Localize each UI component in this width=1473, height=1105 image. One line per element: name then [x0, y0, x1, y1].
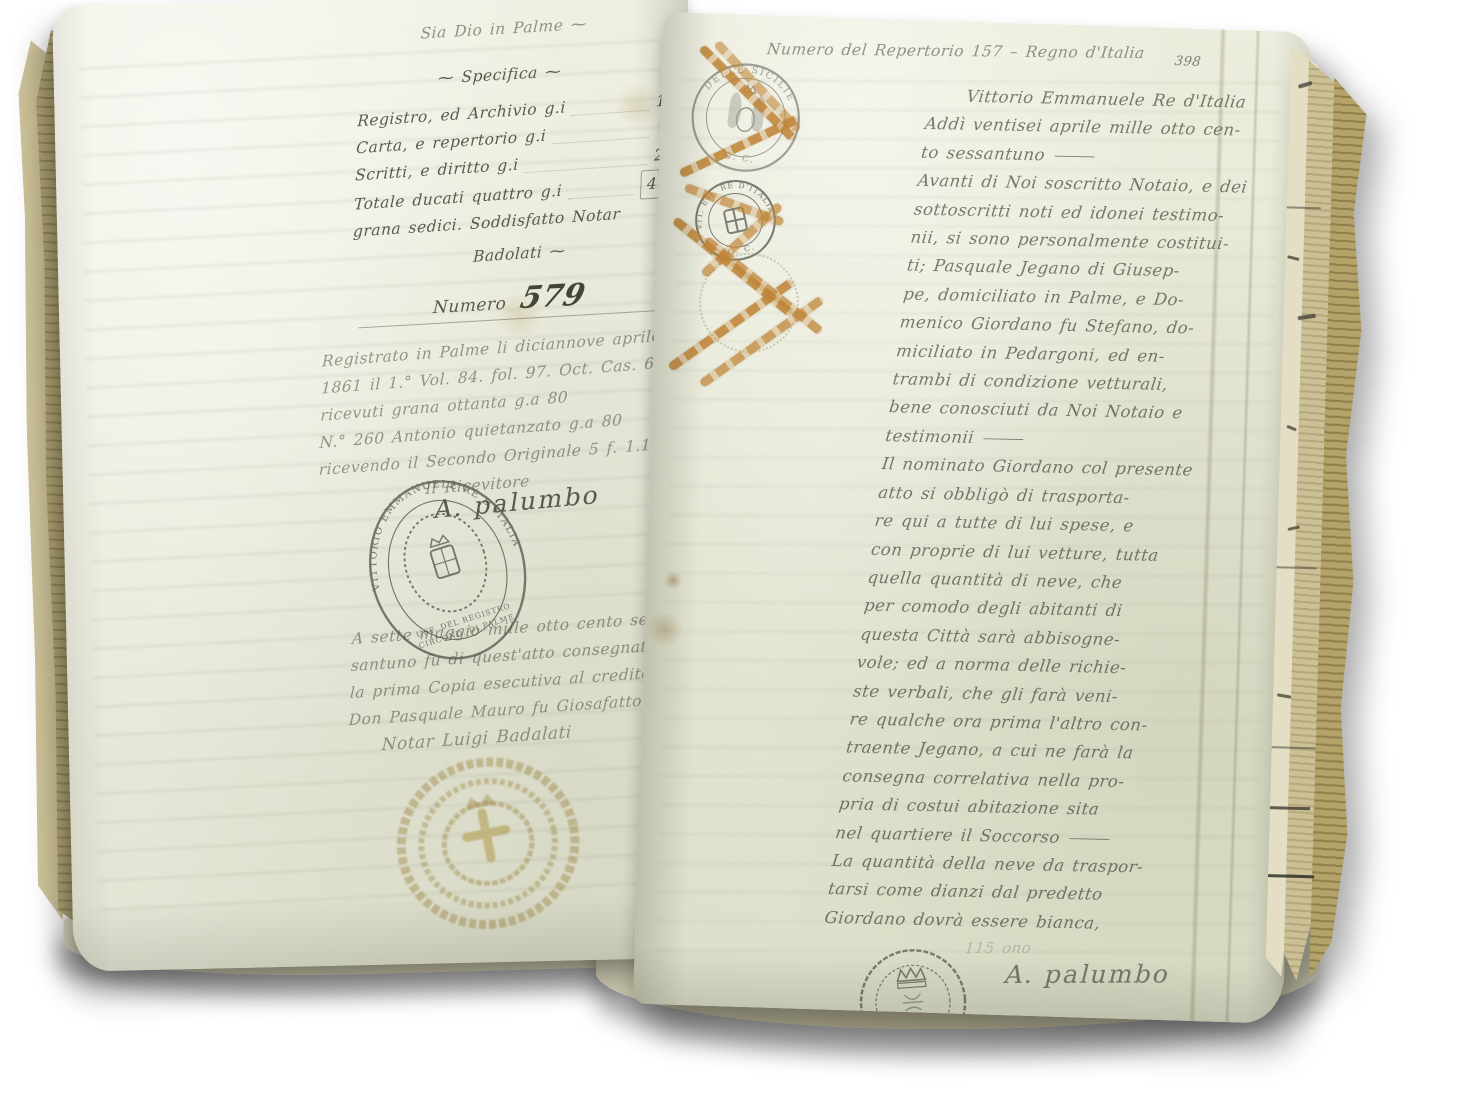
olive-embossed-stamp — [378, 737, 599, 949]
paper-stain — [644, 612, 685, 647]
repertorio-heading: Numero del Repertorio 157 – Regno d'Ital… — [765, 36, 1238, 68]
numero-value: 579 — [517, 277, 589, 316]
folio-number: 398 — [1174, 54, 1202, 70]
place-heading: Sia Dio in Palme ⁓ — [338, 6, 669, 52]
cancel-x-marks — [653, 226, 837, 372]
manuscript-book: Sia Dio in Palme ⁓ ⁓ Specifica ⁓ Registr… — [0, 0, 1473, 1105]
faint-note: 115 ono — [964, 939, 1033, 957]
left-page: Sia Dio in Palme ⁓ ⁓ Specifica ⁓ Registr… — [52, 0, 710, 972]
numero-row: Numero 579 — [358, 273, 659, 328]
sicilie-round-stamp: DELLE SICILIE G. C. — [678, 50, 813, 185]
right-page: Numero del Repertorio 157 – Regno d'Ital… — [633, 12, 1314, 1024]
numero-label: Numero — [433, 294, 507, 318]
photo-background: Sia Dio in Palme ⁓ ⁓ Specifica ⁓ Registr… — [0, 0, 1473, 1105]
closed-page-edges-right — [1265, 46, 1417, 997]
paper-stain — [664, 572, 682, 589]
palumbo-signature-right: A. palumbo — [1002, 960, 1174, 989]
specifica-title: ⁓ Specifica ⁓ — [369, 54, 630, 96]
